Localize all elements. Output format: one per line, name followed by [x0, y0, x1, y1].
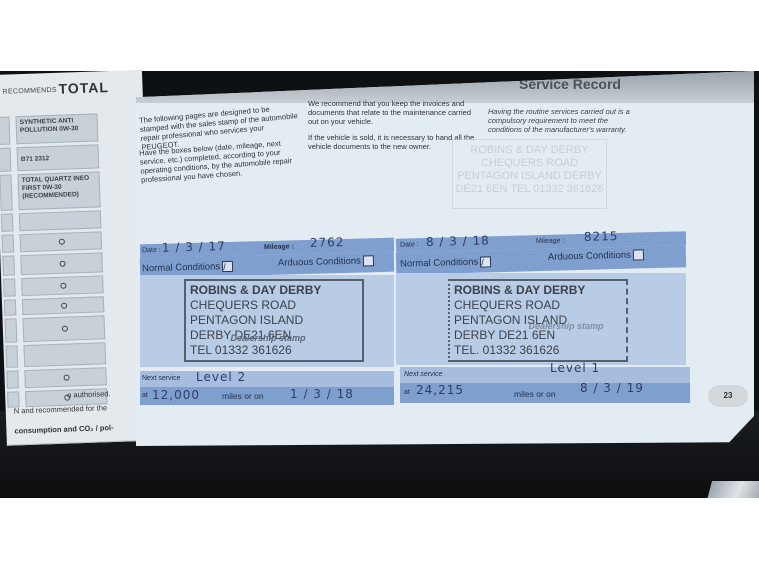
- mileage-label: Mileage :: [264, 243, 294, 251]
- table-cell: [2, 234, 15, 252]
- bullet-icon: [62, 326, 68, 332]
- table-cell-oil-2: B71 2312: [17, 144, 100, 171]
- date-value: 8 / 3 / 18: [426, 233, 490, 249]
- table-cell: [0, 116, 10, 144]
- stamp-line: TEL 01332 361626: [190, 343, 358, 358]
- miles-or-on-label: miles or on: [514, 389, 556, 399]
- recommends-label: RECOMMENDS: [2, 87, 57, 96]
- stamp-line: CHEQUERS ROAD: [190, 298, 358, 313]
- table-cell: [20, 231, 103, 252]
- date-label: Date :: [400, 241, 419, 248]
- normal-conditions-checkbox-checked[interactable]: /: [222, 261, 233, 272]
- stamp-line: PENTAGON ISLAND: [190, 313, 358, 328]
- page-number: 23: [708, 385, 748, 407]
- mileage-label: Mileage :: [536, 237, 565, 245]
- bullet-icon: [60, 261, 66, 267]
- miles-or-on-label: miles or on: [222, 391, 264, 401]
- stamp-area: ROBINS & DAY DERBY CHEQUERS ROAD PENTAGO…: [140, 275, 394, 367]
- warranty-note: Having the routine services carried out …: [488, 107, 638, 134]
- next-service-at-band: at 24,215 miles or on 8 / 3 / 19: [400, 383, 690, 403]
- arduous-conditions-checkbox[interactable]: [633, 249, 644, 260]
- arduous-conditions-label: Arduous Conditions: [548, 250, 631, 263]
- next-service-miles: 24,215: [416, 383, 464, 397]
- dealership-stamp-label: Dealership stamp: [526, 321, 606, 331]
- table-cell: [5, 345, 18, 367]
- arduous-conditions: Arduous Conditions: [548, 249, 644, 263]
- date-label: Date :: [142, 247, 161, 254]
- bullet-icon: [61, 303, 67, 309]
- right-page: Service Record The following pages are d…: [136, 71, 754, 446]
- next-service-band: Next service Level 1: [400, 367, 690, 383]
- table-cell: [2, 255, 15, 275]
- stamp-line: ROBINS & DAY DERBY: [190, 283, 358, 298]
- table-cell: [20, 252, 103, 275]
- table-cell: [22, 296, 105, 315]
- normal-conditions-label: Normal Conditions: [142, 261, 220, 274]
- date-value: 1 / 3 / 17: [162, 239, 226, 255]
- table-cell: [24, 367, 107, 388]
- stamp-show-through: ROBINS & DAY DERBY CHEQUERS ROAD PENTAGO…: [452, 139, 607, 209]
- bullet-icon: [60, 283, 66, 289]
- arduous-conditions-label: Arduous Conditions: [278, 256, 361, 269]
- table-cell: [0, 174, 13, 210]
- left-page: RECOMMENDS TOTAL SYNTHETIC ANTI POLLUTIO…: [0, 70, 155, 446]
- next-service-label: Next service: [404, 371, 443, 378]
- next-service-value: Level 1: [550, 361, 600, 375]
- table-cell: [0, 147, 11, 171]
- normal-conditions: Normal Conditions/: [142, 261, 233, 274]
- footer-line-2: consumption and CO₂ / pol-: [14, 423, 113, 435]
- table-cell: [19, 210, 102, 231]
- table-cell: [5, 318, 18, 342]
- arduous-conditions-checkbox[interactable]: [363, 255, 374, 266]
- stamp-area: ROBINS & DAY DERBY CHEQUERS ROAD PENTAGO…: [396, 273, 686, 365]
- stamp-line: ROBINS & DAY DERBY: [454, 283, 622, 298]
- mileage-value: 2762: [310, 235, 345, 250]
- next-service-date: 1 / 3 / 18: [290, 387, 354, 401]
- table-cell: [1, 213, 14, 231]
- dealer-stamp: ROBINS & DAY DERBY CHEQUERS ROAD PENTAGO…: [184, 279, 364, 362]
- table-cell: [3, 278, 16, 296]
- arduous-conditions: Arduous Conditions: [278, 255, 374, 269]
- footer-line-1: N and recommended for the: [14, 403, 108, 415]
- next-service-value: Level 2: [196, 370, 246, 384]
- bullet-icon: [59, 239, 65, 245]
- table-cell: [6, 370, 19, 388]
- table-cell: [4, 299, 17, 315]
- legend-authorised: o authorised.: [67, 389, 111, 400]
- table-cell-oil-3: TOTAL QUARTZ INEO FIRST 0W-30 (RECOMMEND…: [17, 171, 100, 210]
- normal-conditions: Normal Conditions/: [400, 256, 491, 269]
- next-service-label: Next service: [142, 375, 181, 382]
- mileage-value: 8215: [584, 229, 619, 244]
- normal-conditions-checkbox-checked[interactable]: /: [480, 256, 491, 267]
- table-cell: [21, 275, 104, 296]
- next-service-at-band: at 12,000 miles or on 1 / 3 / 18: [140, 387, 394, 405]
- table-cell: [23, 315, 106, 342]
- table-cell: [7, 391, 20, 407]
- next-service-date: 8 / 3 / 19: [580, 381, 644, 395]
- table-cell-oil-1: SYNTHETIC ANTI POLLUTION 0W-30: [15, 113, 98, 144]
- stamp-line: CHEQUERS ROAD: [454, 298, 622, 313]
- intro-paragraph: If the vehicle is sold, it is necessary …: [308, 133, 476, 151]
- at-label: at: [404, 389, 410, 396]
- stamp-line: TEL. 01332 361626: [454, 343, 622, 358]
- bullet-icon: [64, 375, 70, 381]
- dealership-stamp-label: Dealership stamp: [228, 333, 308, 343]
- next-service-band: Next service Level 2: [140, 371, 394, 387]
- table-cell: [23, 342, 106, 367]
- intro-paragraph: We recommend that you keep the invoices …: [308, 99, 476, 126]
- normal-conditions-label: Normal Conditions: [400, 257, 478, 270]
- next-service-miles: 12,000: [152, 388, 200, 402]
- total-brand: TOTAL: [58, 79, 109, 97]
- at-label: at: [142, 392, 148, 399]
